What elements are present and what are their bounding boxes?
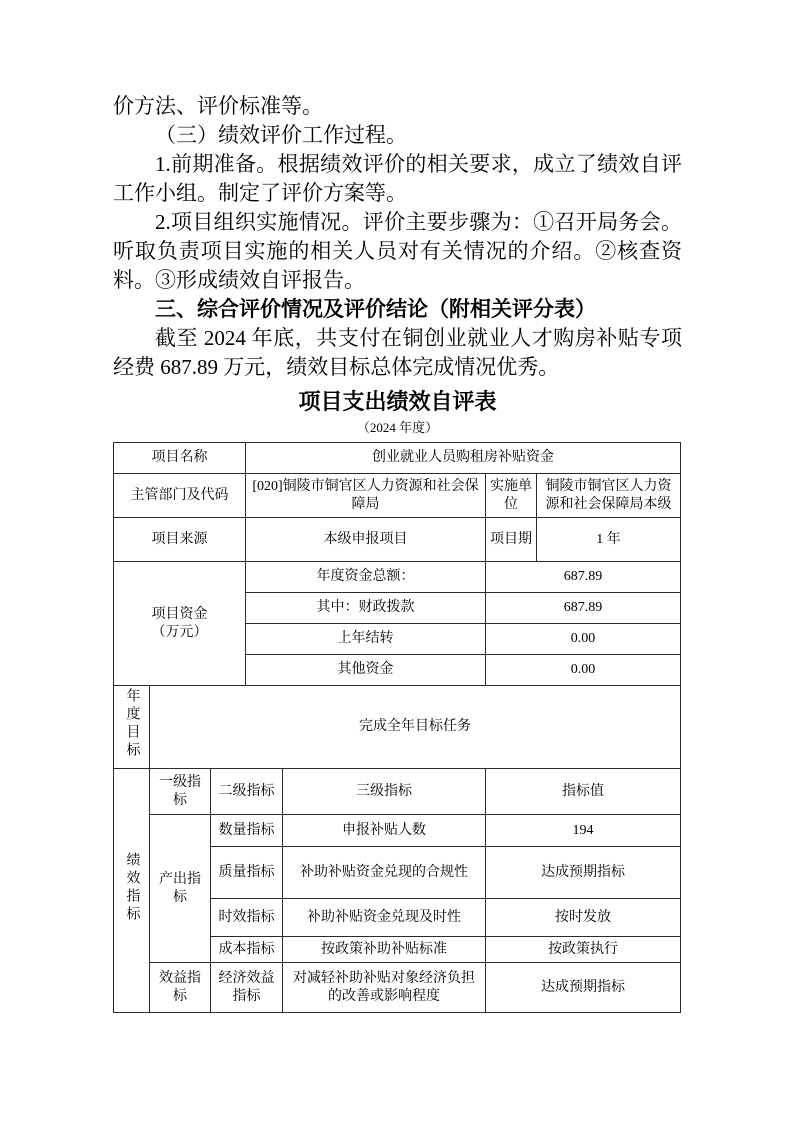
paragraph-summary: 截至 2024 年底，共支付在铜创业就业人才购房补贴专项经费 687.89 万元… (113, 324, 682, 382)
section-heading: 三、综合评价情况及评价结论（附相关评分表） (113, 295, 682, 324)
funds-other-value: 0.00 (486, 655, 681, 686)
indicator-level2: 成本指标 (211, 937, 283, 963)
dept-label: 主管部门及代码 (114, 474, 246, 518)
indicator-value: 达成预期指标 (486, 847, 681, 899)
header-level3: 三级指标 (283, 769, 486, 815)
source-value: 本级申报项目 (246, 518, 486, 562)
indicator-level2: 质量指标 (211, 847, 283, 899)
performance-indicator-label: 绩效指标 (114, 769, 150, 1013)
source-label: 项目来源 (114, 518, 246, 562)
table-title: 项目支出绩效自评表 (113, 386, 682, 418)
self-eval-table: 项目名称 创业就业人员购租房补贴资金 主管部门及代码 [020]铜陵市铜官区人力… (113, 442, 681, 1013)
indicator-level3: 补助补贴资金兑现的合规性 (283, 847, 486, 899)
document-content: 价方法、评价标准等。 （三）绩效评价工作过程。 1.前期准备。根据绩效评价的相关… (113, 92, 682, 1013)
header-value: 指标值 (486, 769, 681, 815)
indicator-value: 按时发放 (486, 899, 681, 937)
period-label: 项目期 (486, 518, 537, 562)
funds-total-value: 687.89 (486, 562, 681, 593)
indicator-value: 按政策执行 (486, 937, 681, 963)
funds-fiscal-label: 其中：财政拨款 (246, 593, 486, 624)
output-group-label: 产出指标 (150, 815, 211, 963)
indicator-value: 194 (486, 815, 681, 847)
table-subtitle: （2024 年度） (113, 418, 682, 437)
funds-total-label: 年度资金总额： (246, 562, 486, 593)
indicator-value: 达成预期指标 (486, 963, 681, 1013)
impl-unit-value: 铜陵市铜官区人力资源和社会保障局本级 (537, 474, 681, 518)
table-row: 项目来源 本级申报项目 项目期 1 年 (114, 518, 681, 562)
table-row: 主管部门及代码 [020]铜陵市铜官区人力资源和社会保障局 实施单位 铜陵市铜官… (114, 474, 681, 518)
indicator-level3: 补助补贴资金兑现及时性 (283, 899, 486, 937)
indicator-level3: 按政策补助补贴标准 (283, 937, 486, 963)
paragraph-continuation: 价方法、评价标准等。 (113, 92, 682, 121)
table-row: 项目资金 （万元） 年度资金总额： 687.89 (114, 562, 681, 593)
indicator-level3: 申报补贴人数 (283, 815, 486, 847)
header-level1: 一级指标 (150, 769, 211, 815)
funds-other-label: 其他资金 (246, 655, 486, 686)
indicator-level2: 时效指标 (211, 899, 283, 937)
indicator-level2: 经济效益指标 (211, 963, 283, 1013)
paragraph-section-3: （三）绩效评价工作过程。 (113, 121, 682, 150)
annual-goal-label-text: 年度目标 (125, 688, 139, 760)
funds-label: 项目资金 （万元） (114, 562, 246, 686)
project-name-label: 项目名称 (114, 443, 246, 474)
period-value: 1 年 (537, 518, 681, 562)
paragraph-step-2: 2.项目组织实施情况。评价主要步骤为：①召开局务会。听取负责项目实施的相关人员对… (113, 208, 682, 295)
impl-unit-label: 实施单位 (486, 474, 537, 518)
project-name-value: 创业就业人员购租房补贴资金 (246, 443, 681, 474)
indicator-level2: 数量指标 (211, 815, 283, 847)
annual-goal-label: 年度目标 (114, 686, 150, 769)
performance-indicator-label-text: 绩效指标 (125, 852, 139, 924)
annual-goal-value: 完成全年目标任务 (150, 686, 681, 769)
table-row: 效益指标 经济效益指标 对减轻补助补贴对象经济负担的改善或影响程度 达成预期指标 (114, 963, 681, 1013)
table-row: 年度目标 完成全年目标任务 (114, 686, 681, 769)
table-row: 产出指标 数量指标 申报补贴人数 194 (114, 815, 681, 847)
benefit-group-label: 效益指标 (150, 963, 211, 1013)
funds-carryover-label: 上年结转 (246, 624, 486, 655)
paragraph-step-1: 1.前期准备。根据绩效评价的相关要求，成立了绩效自评工作小组。制定了评价方案等。 (113, 150, 682, 208)
funds-fiscal-value: 687.89 (486, 593, 681, 624)
funds-carryover-value: 0.00 (486, 624, 681, 655)
indicator-level3: 对减轻补助补贴对象经济负担的改善或影响程度 (283, 963, 486, 1013)
document-page: 价方法、评价标准等。 （三）绩效评价工作过程。 1.前期准备。根据绩效评价的相关… (0, 0, 793, 1122)
dept-value: [020]铜陵市铜官区人力资源和社会保障局 (246, 474, 486, 518)
header-level2: 二级指标 (211, 769, 283, 815)
table-row: 项目名称 创业就业人员购租房补贴资金 (114, 443, 681, 474)
table-row: 绩效指标 一级指标 二级指标 三级指标 指标值 (114, 769, 681, 815)
